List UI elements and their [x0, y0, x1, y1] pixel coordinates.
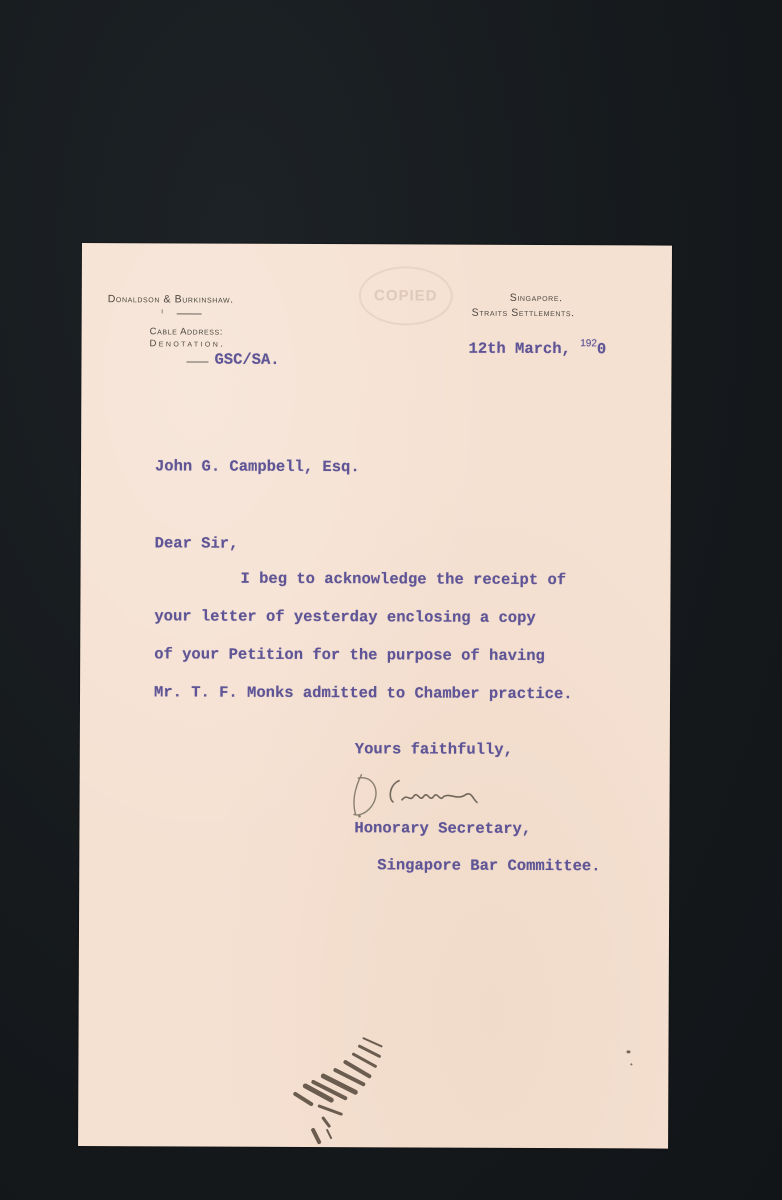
- copied-stamp: COPIED: [359, 266, 453, 325]
- ink-speck: [626, 1050, 630, 1053]
- body-line: Mr. T. F. Monks admitted to Chamber prac…: [154, 683, 573, 703]
- letterhead-cable-label: Cable Address:: [150, 326, 223, 337]
- letter-sheet: Donaldson & Burkinshaw. Cable Address: D…: [78, 243, 672, 1149]
- closing: Yours faithfully,: [355, 740, 513, 759]
- reference-rule: [186, 361, 208, 362]
- salutation: Dear Sir,: [155, 534, 239, 552]
- ink-speck: [630, 1063, 632, 1065]
- body-line: of your Petition for the purpose of havi…: [154, 645, 545, 665]
- signatory-organization: Singapore Bar Committee.: [377, 856, 600, 875]
- letterhead-region: Straits Settlements.: [472, 307, 575, 319]
- date-day-month: 12th March,: [469, 340, 571, 358]
- ink-smudge-icon: [283, 1026, 404, 1147]
- body-line: I beg to acknowledge the receipt of: [240, 570, 566, 589]
- letterhead-rule: [177, 313, 202, 314]
- handwritten-signature-icon: [347, 766, 497, 827]
- body-line: your letter of yesterday enclosing a cop…: [154, 607, 535, 627]
- letterhead-city: Singapore.: [510, 292, 563, 304]
- date-year-printed: 192: [580, 338, 597, 349]
- signatory-title: Honorary Secretary,: [354, 819, 531, 838]
- letterhead-firm-name: Donaldson & Burkinshaw.: [108, 293, 234, 306]
- letterhead-cable-value: Denotation.: [150, 338, 226, 349]
- date-year-typed: 0: [597, 340, 606, 358]
- letterhead-mark: [162, 309, 163, 313]
- letter-date: 12th March, 1920: [469, 338, 607, 359]
- addressee: John G. Campbell, Esq.: [155, 457, 360, 476]
- reference-code: GSC/SA.: [214, 351, 279, 369]
